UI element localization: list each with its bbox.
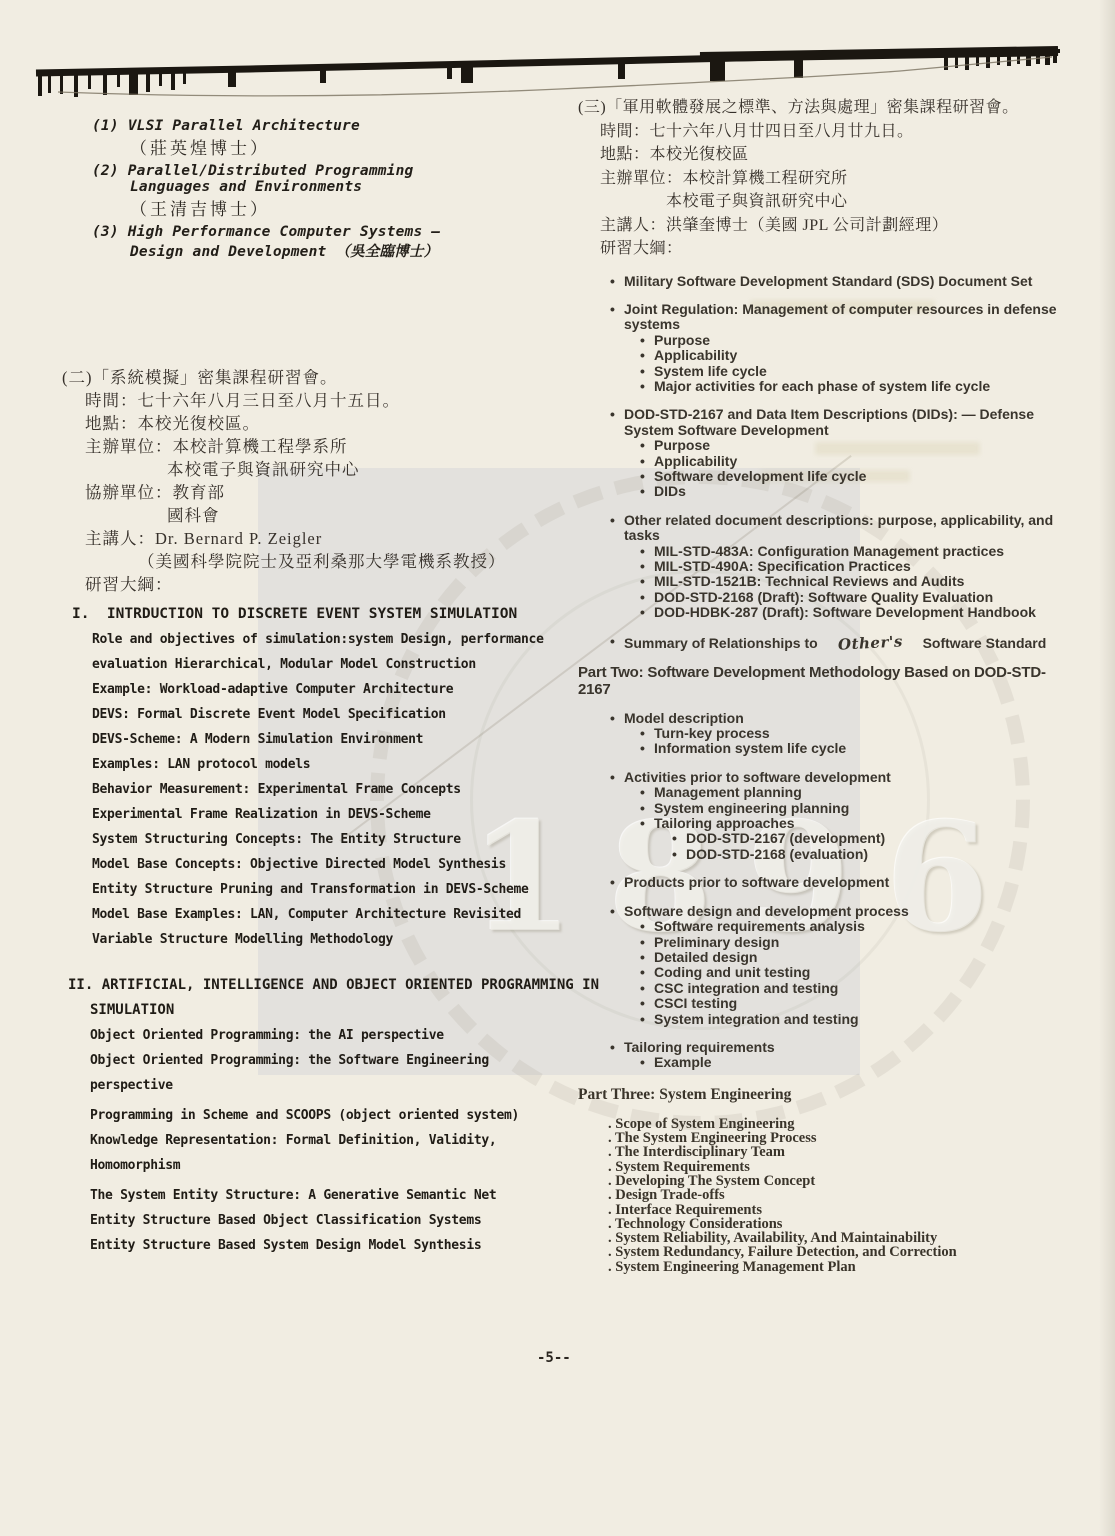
dot-item: . System Redundancy, Failure Detection, … — [608, 1245, 1070, 1259]
bullet-item: Model description — [608, 711, 1070, 726]
outline-item: DEVS: Formal Discrete Event Model Specif… — [92, 702, 544, 727]
outline-item: Model Base Concepts: Objective Directed … — [92, 852, 544, 877]
dot-item: . System Requirements — [608, 1160, 1070, 1174]
bullet-item: Software development life cycle — [638, 469, 1070, 484]
bullet-item: Information system life cycle — [638, 741, 1070, 756]
course-list-line: Languages and Environments — [130, 179, 440, 195]
outline-1-heading: I. INTRDUCTION TO DISCRETE EVENT SYSTEM … — [72, 602, 544, 627]
bullet-item: DOD-STD-2167 (development) — [670, 831, 1070, 846]
bullet-item: System integration and testing — [638, 1012, 1070, 1027]
outline-item: Example: Workload-adaptive Computer Arch… — [92, 677, 544, 702]
page-edge-shadow — [1099, 0, 1115, 1536]
outline-section-2: II. ARTIFICIAL, INTELLIGENCE AND OBJECT … — [68, 973, 599, 1258]
course-list-line: （王清吉博士） — [130, 195, 440, 224]
outline-item: Experimental Frame Realization in DEVS-S… — [92, 802, 544, 827]
handwritten-word: Other's — [837, 632, 903, 653]
workshop-info-line: 本校電子與資訊研究中心 — [666, 190, 1070, 214]
workshop-info-line: (二)「系統模擬」密集課程研習會。 — [62, 366, 506, 389]
bullet-item: Activities prior to software development — [608, 770, 1070, 785]
outline-1-items: Role and objectives of simulation:system… — [72, 627, 544, 952]
outline-item: Object Oriented Programming: the Softwar… — [90, 1048, 599, 1073]
workshop-info-line: 主辦單位：本校計算機工程學系所 — [85, 435, 506, 458]
bullet-item: Major activities for each phase of syste… — [638, 379, 1070, 394]
outline-item: The System Entity Structure: A Generativ… — [90, 1183, 599, 1208]
bullet-item: Coding and unit testing — [638, 965, 1070, 980]
bullet-item: System life cycle — [638, 364, 1070, 379]
bullet-item: Turn-key process — [638, 726, 1070, 741]
outline-item: SIMULATION — [90, 998, 599, 1023]
outline-item: evaluation Hierarchical, Modular Model C… — [92, 652, 544, 677]
workshop-info-line: 主講人：洪肇奎博士（美國 JPL 公司計劃經理） — [600, 214, 1070, 238]
bullet-item: Other related document descriptions: pur… — [608, 513, 1070, 544]
workshop-info-line: 協辦單位：教育部 — [85, 481, 506, 504]
bullet-item: Products prior to software development — [608, 875, 1070, 890]
workshop-2-info: (二)「系統模擬」密集課程研習會。時間：七十六年八月三日至八月十五日。地點：本校… — [62, 366, 506, 596]
page-number: -5-- — [537, 1350, 571, 1366]
part-three-heading: Part Three: System Engineering — [578, 1086, 1070, 1104]
summary-post: Software Standard — [923, 635, 1047, 651]
bullet-item: DIDs — [638, 484, 1070, 499]
bullet-item: Software requirements analysis — [638, 919, 1070, 934]
part-two-heading: Part Two: Software Development Methodolo… — [578, 664, 1070, 698]
dot-item: . System Engineering Management Plan — [608, 1260, 1070, 1274]
part-three-list: . Scope of System Engineering. The Syste… — [578, 1117, 1070, 1274]
bullet-item: Example — [638, 1055, 1070, 1070]
outline-item: System Structuring Concepts: The Entity … — [92, 827, 544, 852]
part-two-bullets: Model descriptionTurn-key processInforma… — [578, 711, 1070, 1071]
outline-item: Programming in Scheme and SCOOPS (object… — [90, 1103, 599, 1128]
outline-item: Examples: LAN protocol models — [92, 752, 544, 777]
bullet-item: DOD-STD-2168 (evaluation) — [670, 847, 1070, 862]
bullet-item: MIL-STD-483A: Configuration Management p… — [638, 544, 1070, 559]
summary-bullet: Summary of Relationships toOther'sSoftwa… — [608, 634, 1070, 652]
workshop-info-line: 研習大綱： — [85, 573, 506, 596]
dot-item: . The Interdisciplinary Team — [608, 1145, 1070, 1159]
bullet-item: System engineering planning — [638, 801, 1070, 816]
outline-section-1: I. INTRDUCTION TO DISCRETE EVENT SYSTEM … — [72, 602, 544, 952]
bullet-item: Joint Regulation: Management of computer… — [608, 302, 1070, 333]
right-column: (三)「軍用軟體發展之標準、方法與處理」密集課程研習會。時間：七十六年八月廿四日… — [578, 96, 1070, 1274]
bullet-item: Detailed design — [638, 950, 1070, 965]
bullet-item: CSCI testing — [638, 996, 1070, 1011]
bullet-item: DOD-STD-2168 (Draft): Software Quality E… — [638, 590, 1070, 605]
dot-item: . System Reliability, Availability, And … — [608, 1231, 1070, 1245]
workshop-info-line: (三)「軍用軟體發展之標準、方法與處理」密集課程研習會。 — [578, 96, 1070, 120]
bullet-item: Applicability — [638, 348, 1070, 363]
workshop-info-line: 主講人：Dr. Bernard P. Zeigler — [85, 527, 506, 550]
course-list-line: Design and Development （吳全臨博士） — [130, 240, 440, 261]
bullet-item: Military Software Development Standard (… — [608, 274, 1070, 289]
workshop-info-line: 地點：本校光復校區 — [600, 143, 1070, 167]
bullet-item: DOD-HDBK-287 (Draft): Software Developme… — [638, 605, 1070, 620]
part-one-bullets: Military Software Development Standard (… — [578, 274, 1070, 621]
outline-item: II. ARTIFICIAL, INTELLIGENCE AND OBJECT … — [68, 973, 599, 998]
bullet-item: DOD-STD-2167 and Data Item Descriptions … — [608, 407, 1070, 438]
bullet-item: Applicability — [638, 454, 1070, 469]
dot-item: . The System Engineering Process — [608, 1131, 1070, 1145]
outline-item: Object Oriented Programming: the AI pers… — [90, 1023, 599, 1048]
bullet-item: Preliminary design — [638, 935, 1070, 950]
bullet-item: Purpose — [638, 438, 1070, 453]
summary-pre: Summary of Relationships to — [624, 635, 818, 651]
bullet-item: MIL-STD-490A: Specification Practices — [638, 559, 1070, 574]
course-list-line: (2) Parallel/Distributed Programming — [92, 163, 440, 179]
scan-border-artifact — [0, 0, 1115, 110]
outline-item: perspective — [90, 1073, 599, 1098]
outline-item: Role and objectives of simulation:system… — [92, 627, 544, 652]
dot-item: . Design Trade-offs — [608, 1188, 1070, 1202]
workshop-3-info: (三)「軍用軟體發展之標準、方法與處理」密集課程研習會。時間：七十六年八月廿四日… — [578, 96, 1070, 261]
workshop-info-line: 地點：本校光復校區。 — [85, 412, 506, 435]
outline-item: Knowledge Representation: Formal Definit… — [90, 1128, 599, 1153]
outline-item: DEVS-Scheme: A Modern Simulation Environ… — [92, 727, 544, 752]
workshop-info-line: 本校電子與資訊研究中心 — [167, 458, 506, 481]
course-list-line: （莊英煌博士） — [130, 134, 440, 163]
bullet-item: Purpose — [638, 333, 1070, 348]
bullet-item: CSC integration and testing — [638, 981, 1070, 996]
outline-item: Entity Structure Based Object Classifica… — [90, 1208, 599, 1233]
workshop-info-line: 時間：七十六年八月三日至八月十五日。 — [85, 389, 506, 412]
outline-item: Model Base Examples: LAN, Computer Archi… — [92, 902, 544, 927]
outline-item: Entity Structure Based System Design Mod… — [90, 1233, 599, 1258]
outline-item: Variable Structure Modelling Methodology — [92, 927, 544, 952]
course-list: (1) VLSI Parallel Architecture（莊英煌博士）(2)… — [92, 118, 440, 261]
bullet-item: MIL-STD-1521B: Technical Reviews and Aud… — [638, 574, 1070, 589]
dot-item: . Technology Considerations — [608, 1217, 1070, 1231]
workshop-info-line: 國科會 — [167, 504, 506, 527]
scanned-document-page: 1896 (1) VLSI Parallel Arch — [0, 0, 1115, 1536]
bullet-item: Software design and development process — [608, 904, 1070, 919]
outline-item: Homomorphism — [90, 1153, 599, 1178]
bullet-item: Management planning — [638, 785, 1070, 800]
workshop-info-line: 主辦單位：本校計算機工程研究所 — [600, 167, 1070, 191]
workshop-info-line: 研習大綱： — [600, 237, 1070, 261]
outline-item: Behavior Measurement: Experimental Frame… — [92, 777, 544, 802]
bullet-item: Tailoring requirements — [608, 1040, 1070, 1055]
bullet-item: Tailoring approaches — [638, 816, 1070, 831]
dot-item: . Scope of System Engineering — [608, 1117, 1070, 1131]
workshop-info-line: （美國科學院院士及亞利桑那大學電機系教授） — [138, 550, 506, 573]
workshop-info-line: 時間：七十六年八月廿四日至八月廿九日。 — [600, 120, 1070, 144]
outline-item: Entity Structure Pruning and Transformat… — [92, 877, 544, 902]
course-list-line: (1) VLSI Parallel Architecture — [92, 118, 440, 134]
course-list-line: (3) High Performance Computer Systems — — [92, 224, 440, 240]
dot-item: . Developing The System Concept — [608, 1174, 1070, 1188]
dot-item: . Interface Requirements — [608, 1203, 1070, 1217]
